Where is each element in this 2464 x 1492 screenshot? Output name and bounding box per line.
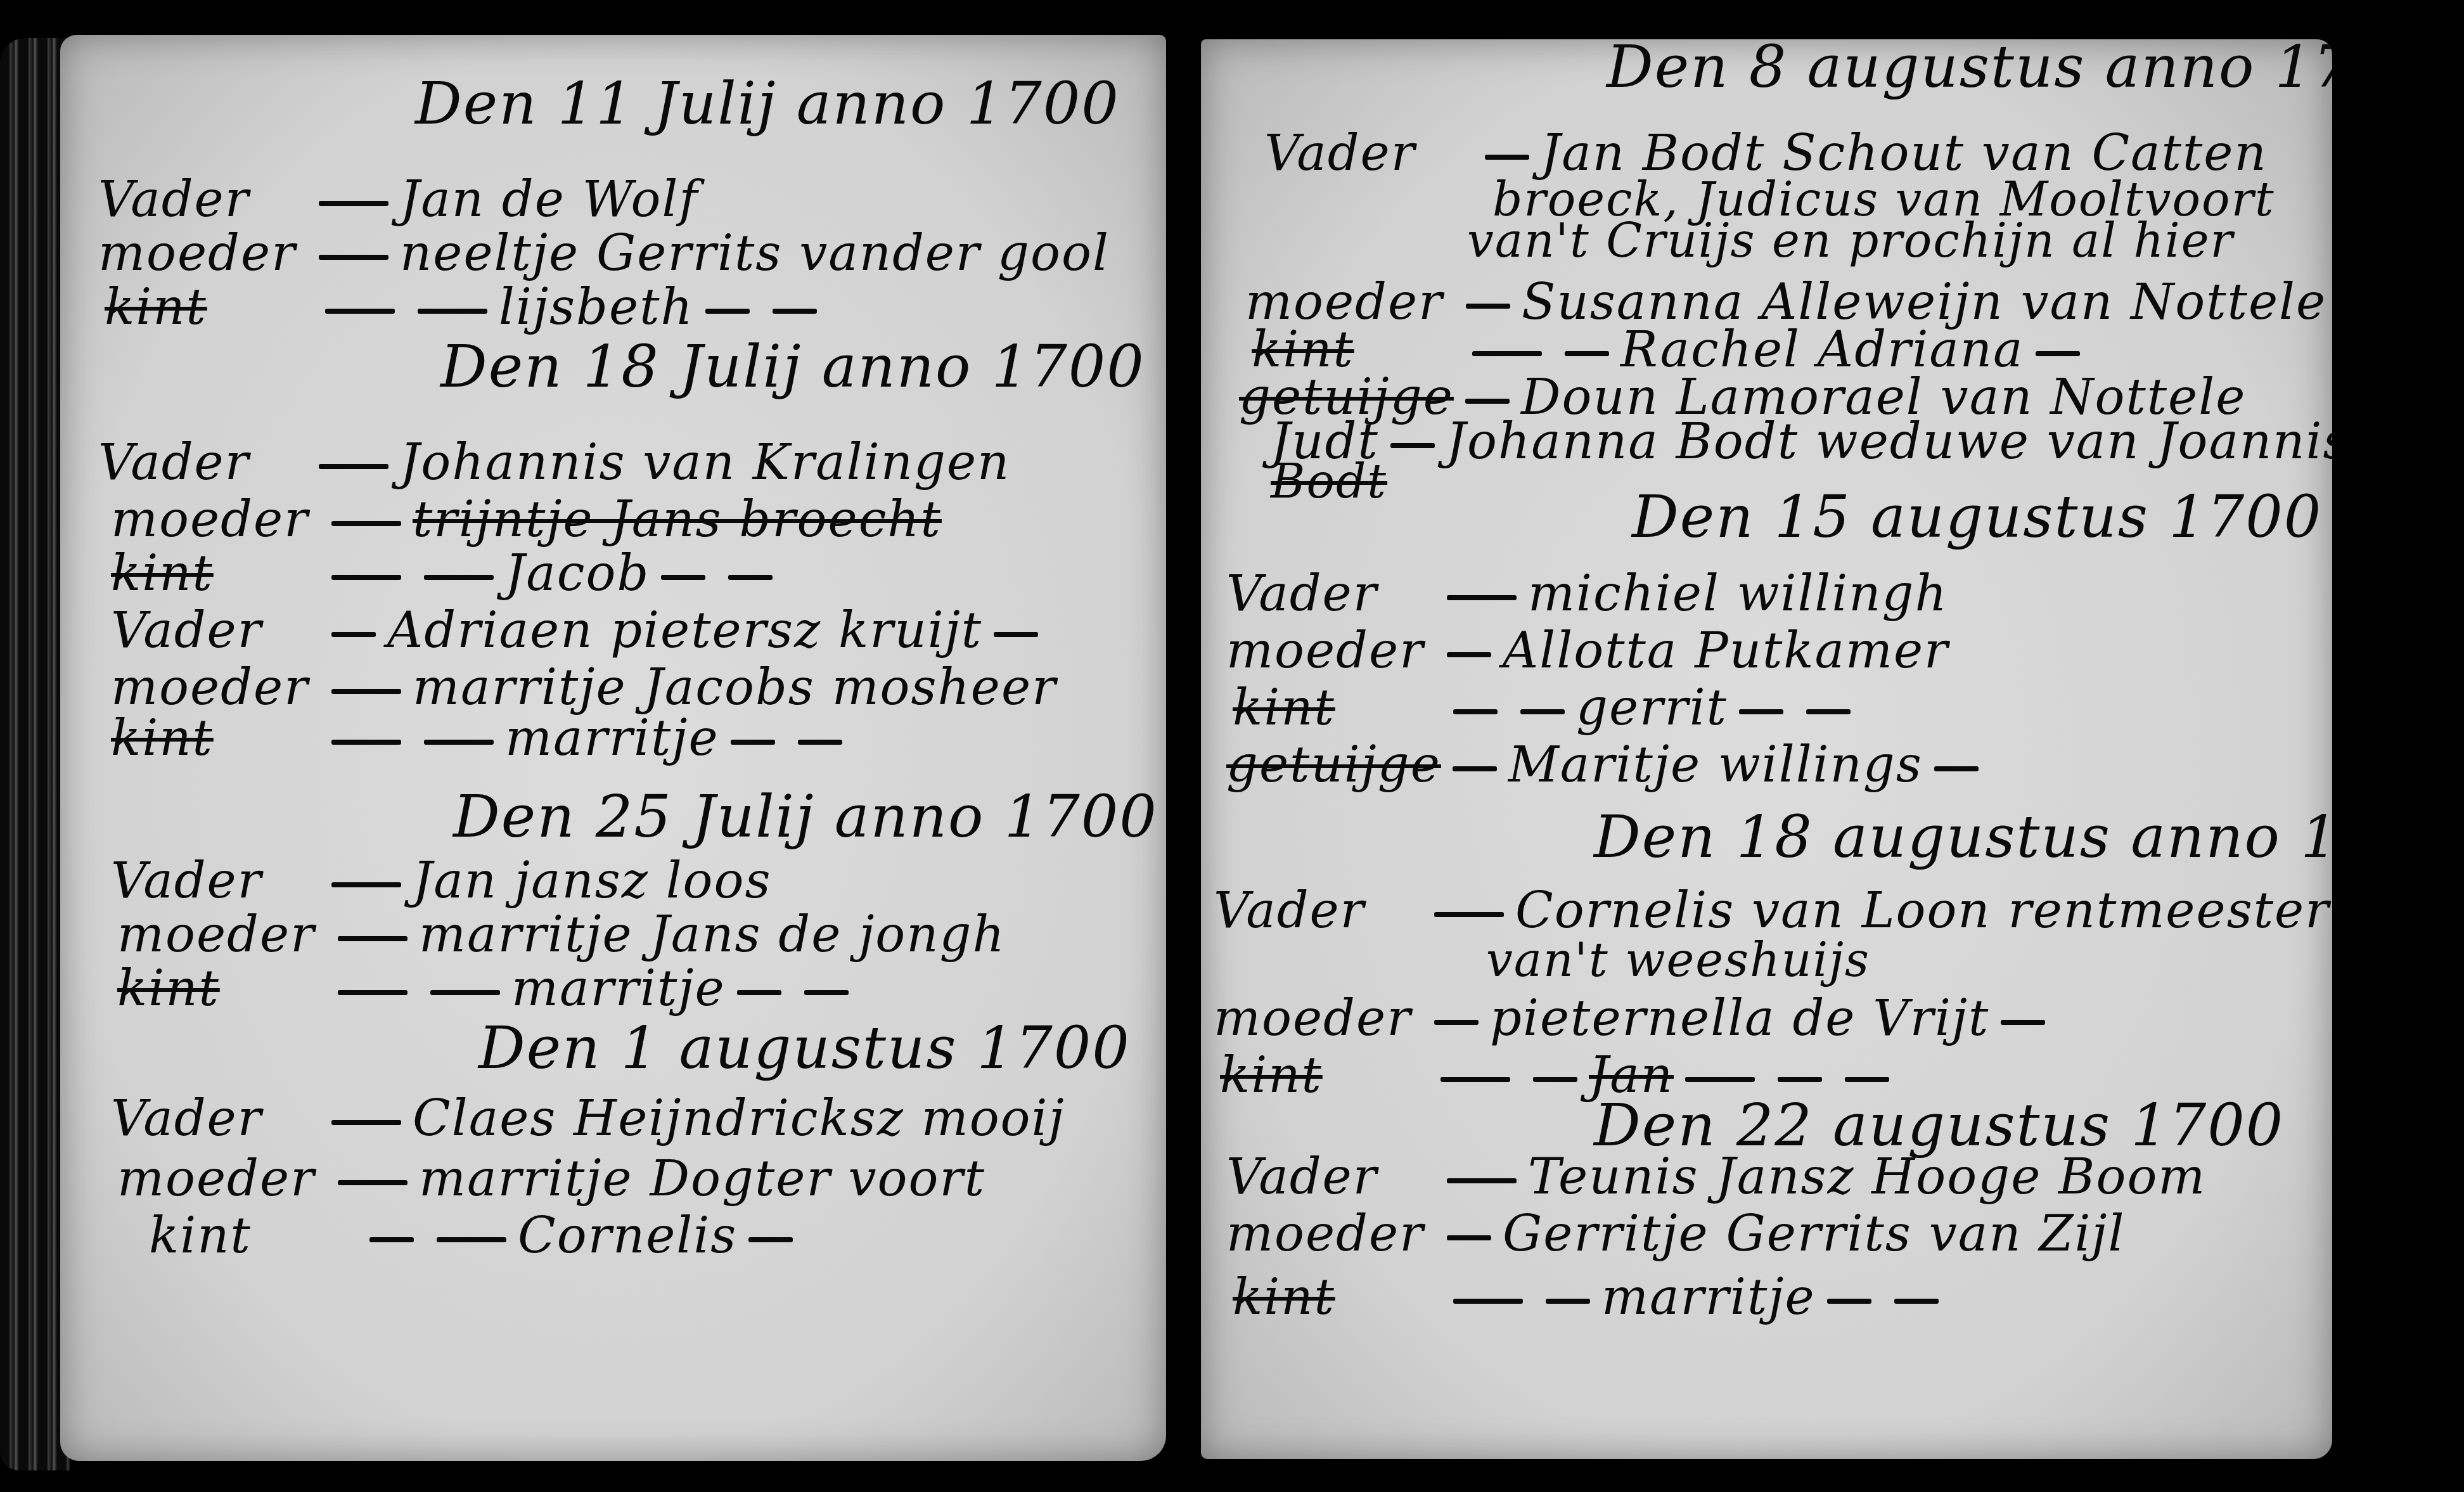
child-row: kintmarritje <box>117 960 860 1017</box>
father-name: Adriaen pietersz kruijt <box>387 602 982 659</box>
mother-name: marritje Jacobs mosheer <box>413 659 1056 716</box>
entry-date: Den 1 augustus 1700 <box>478 1014 1131 1082</box>
stacked-page-edges <box>0 38 70 1470</box>
witness2-row: JudtJohanna Bodt weduwe van Joannis <box>1271 413 2332 470</box>
mother-label: moeder <box>1226 1206 1435 1263</box>
father-label: Vader <box>1226 565 1435 622</box>
father-label: Vader <box>1214 882 1423 939</box>
child-label: kint <box>111 545 320 602</box>
father-row: VaderTeunis Jansz Hooge Boom <box>1226 1148 2206 1206</box>
witness-label: getuijge <box>1226 736 1441 794</box>
child-label: kint <box>1233 679 1442 736</box>
right-page: Den 8 augustus anno 1700 VaderJan Bodt S… <box>1201 39 2332 1459</box>
mother-row: moederGerritje Gerrits van Zijl <box>1226 1206 2126 1263</box>
mother-row: moederpieternella de Vrijt <box>1214 990 2057 1047</box>
left-page: Den 11 Julij anno 1700 VaderJan de Wolf … <box>60 35 1166 1461</box>
mother-row: moedermarritje Jans de jongh <box>117 906 1006 963</box>
child-label: kint <box>149 1207 358 1264</box>
witness2-name: Johanna Bodt weduwe van Joannis <box>1446 413 2332 470</box>
child-row: kintCornelis <box>149 1207 804 1264</box>
father-label: Vader <box>98 171 307 228</box>
child-row: kintgerrit <box>1233 679 1862 736</box>
witness2-continuation: Bodt <box>1271 454 1387 509</box>
father-row: VaderClaes Heijndricksz mooij <box>111 1090 1065 1147</box>
child-name: Cornelis <box>518 1207 737 1264</box>
mother-label: moeder <box>98 225 307 282</box>
mother-row: moedermarritje Dogter voort <box>117 1150 985 1207</box>
father-continuation: van't Cruijs en prochijn al hier <box>1467 214 2234 268</box>
mother-label: moeder <box>117 1150 326 1207</box>
child-name: Jacob <box>505 545 650 602</box>
father-continuation: van't weeshuijs <box>1486 933 1870 987</box>
father-label: Vader <box>111 602 320 659</box>
witness-name: Maritje willings <box>1508 736 1923 794</box>
mother-name: trijntje Jans broecht <box>413 491 942 548</box>
entry-date: Den 18 augustus anno 1700 <box>1594 803 2332 871</box>
mother-label: moeder <box>1226 622 1435 679</box>
entry-date: Den 15 augustus 1700 <box>1632 483 2322 551</box>
child-name: marritje <box>505 710 719 767</box>
child-label: kint <box>117 960 326 1017</box>
father-row: VaderAdriaen pietersz kruijt <box>111 602 1049 659</box>
entry-date: Den 18 Julij anno 1700 <box>440 333 1145 401</box>
father-name: Cornelis van Loon rentmeester <box>1515 882 2330 939</box>
mother-label: moeder <box>111 659 320 716</box>
child-name: lijsbeth <box>499 279 694 336</box>
mother-name: neeltje Gerrits vander gool <box>400 225 1110 282</box>
entry-date: Den 11 Julij anno 1700 <box>415 70 1120 138</box>
child-label: kint <box>1233 1269 1442 1326</box>
father-label: Vader <box>1226 1148 1435 1206</box>
mother-row: moederAllotta Putkamer <box>1226 622 1949 679</box>
father-name: Jan de Wolf <box>400 171 698 228</box>
mother-row: moedermarritje Jacobs mosheer <box>111 659 1056 716</box>
mother-name: marritje Dogter voort <box>419 1150 985 1207</box>
child-row: kintlijsbeth <box>105 279 828 336</box>
mother-name: Allotta Putkamer <box>1503 622 1949 679</box>
mother-name: Gerritje Gerrits van Zijl <box>1503 1206 2126 1263</box>
father-row: Vadermichiel willingh <box>1226 565 1948 622</box>
father-row: VaderCornelis van Loon rentmeester <box>1214 882 2330 939</box>
witness-row: getuijgeMaritje willings <box>1226 736 1990 794</box>
father-name: Claes Heijndricksz mooij <box>413 1090 1065 1147</box>
mother-label: moeder <box>117 906 326 963</box>
entry-date: Den 8 augustus anno 1700 <box>1607 39 2332 101</box>
father-name: Johannis van Kralingen <box>400 434 1010 491</box>
father-label: Vader <box>111 852 320 910</box>
father-name: Jan jansz loos <box>413 852 772 910</box>
father-label: Vader <box>111 1090 320 1147</box>
mother-name: pieternella de Vrijt <box>1490 990 1989 1047</box>
child-label: kint <box>105 279 314 336</box>
entry-date: Den 25 Julij anno 1700 <box>453 783 1158 851</box>
child-row: kintmarritje <box>1233 1269 1950 1326</box>
father-row: VaderJan jansz loos <box>111 852 772 910</box>
child-label: kint <box>1220 1047 1429 1104</box>
book-gutter <box>1166 0 1201 1492</box>
child-label: kint <box>111 710 320 767</box>
child-row: kintmarritje <box>111 710 854 767</box>
mother-label: moeder <box>1214 990 1423 1047</box>
child-name: gerrit <box>1576 679 1728 736</box>
child-row: kintJacob <box>111 545 784 602</box>
father-name: michiel willingh <box>1528 565 1948 622</box>
mother-label: moeder <box>111 491 320 548</box>
mother-row: moedertrijntje Jans broecht <box>111 491 942 548</box>
mother-name: marritje Jans de jongh <box>419 906 1006 963</box>
child-name: marritje <box>1601 1269 1816 1326</box>
mother-row: moederneeltje Gerrits vander gool <box>98 225 1110 282</box>
father-name: Teunis Jansz Hooge Boom <box>1528 1148 2206 1206</box>
father-label: Vader <box>98 434 307 491</box>
father-row: VaderJan de Wolf <box>98 171 698 228</box>
child-name: marritje <box>511 960 726 1017</box>
father-row: VaderJohannis van Kralingen <box>98 434 1010 491</box>
father-label: Vader <box>1264 125 1473 182</box>
